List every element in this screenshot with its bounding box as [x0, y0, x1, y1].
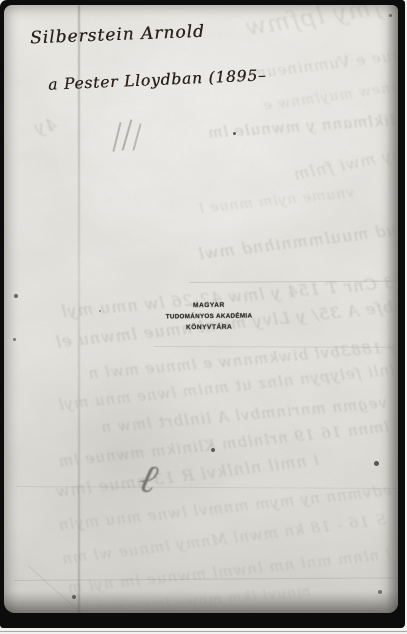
book-flyleaf-page: fmy lpfmwmwyaue e Vumnineumnumnew muylmn…	[4, 5, 398, 613]
ink-speck	[374, 461, 379, 466]
scanned-page-photo: fmy lpfmwmwyaue e Vumnineumnumnew muylmn…	[0, 0, 407, 634]
ink-speck	[13, 338, 16, 341]
ink-speck	[99, 310, 101, 312]
ink-speck	[233, 132, 236, 135]
stamp-line-akademia: TUDOMÁNYOS AKADÉMIA	[154, 310, 264, 322]
ink-speck	[14, 294, 18, 298]
stamp-line-konyvtara: KÖNYVTÁRA	[154, 321, 264, 333]
ink-speck	[389, 14, 392, 17]
photo-paper-edge-line	[0, 631, 407, 632]
ink-speck	[378, 590, 382, 594]
library-stamp: MAGYAR TUDOMÁNYOS AKADÉMIA KÖNYVTÁRA	[154, 299, 264, 333]
ink-speck	[211, 448, 215, 452]
photo-frame: fmy lpfmwmwyaue e Vumnineumnumnew muylmn…	[0, 0, 405, 628]
ink-speck	[72, 595, 76, 599]
